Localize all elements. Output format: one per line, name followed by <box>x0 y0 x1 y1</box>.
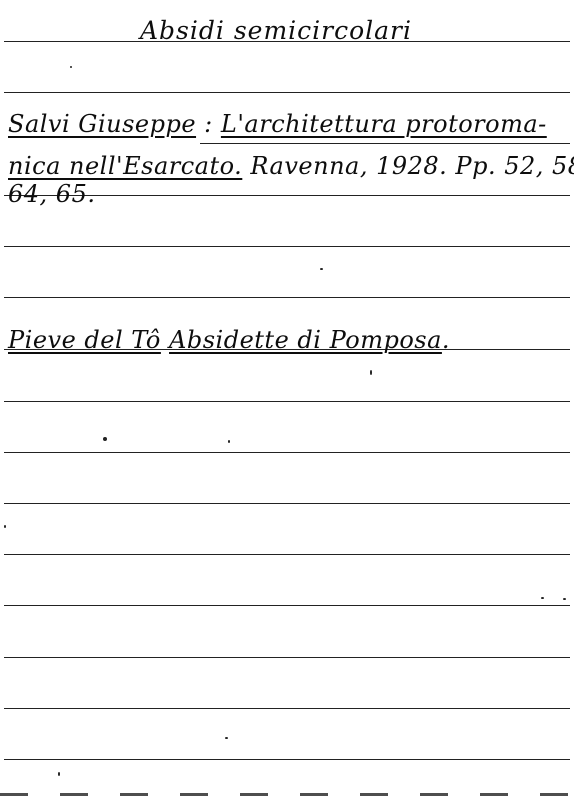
ruled-line <box>4 708 570 709</box>
scan-speck <box>541 597 544 599</box>
scan-speck <box>563 598 566 600</box>
index-card: Absidi semicircolari Salvi Giuseppe : L'… <box>0 0 574 800</box>
scan-speck <box>225 737 228 739</box>
scan-speck <box>70 66 72 68</box>
scan-speck <box>228 440 230 443</box>
church-name: Pieve del Tô <box>8 326 161 354</box>
ruled-line <box>200 143 570 144</box>
separator: : <box>196 110 221 138</box>
scan-speck <box>320 268 323 270</box>
ruled-line <box>4 92 570 93</box>
ruled-line <box>4 297 570 298</box>
ruled-line <box>4 759 570 760</box>
note-entry-line: Pieve del Tô Absidette di Pomposa. <box>8 326 450 354</box>
book-title-part-1: L'architettura protoroma- <box>221 110 547 138</box>
scan-speck <box>4 525 6 528</box>
ruled-line <box>4 554 570 555</box>
scan-speck <box>58 772 60 776</box>
page-references: 64, 65. <box>8 180 95 208</box>
ruled-line <box>4 246 570 247</box>
bibliography-entry-line-2: nica nell'Esarcato. Ravenna, 1928. Pp. 5… <box>8 152 574 180</box>
ruled-line <box>4 503 570 504</box>
location-note: Absidette di Pomposa <box>169 326 442 354</box>
ruled-line <box>4 452 570 453</box>
ruled-line <box>4 401 570 402</box>
bibliography-entry-line-1: Salvi Giuseppe : L'architettura protorom… <box>8 110 547 138</box>
book-title-part-2: nica nell'Esarcato. <box>8 152 242 180</box>
publication-info: Ravenna, 1928. Pp. 52, 58, <box>242 152 574 180</box>
card-title: Absidi semicircolari <box>140 16 412 45</box>
spacer <box>161 326 169 354</box>
bibliography-entry-line-3: 64, 65. <box>8 180 95 208</box>
period: . <box>442 326 450 354</box>
card-bottom-edge <box>0 793 574 796</box>
scan-speck <box>370 370 372 375</box>
ruled-line <box>4 605 570 606</box>
ruled-line <box>4 657 570 658</box>
author-name: Salvi Giuseppe <box>8 110 196 138</box>
scan-speck <box>103 437 107 441</box>
